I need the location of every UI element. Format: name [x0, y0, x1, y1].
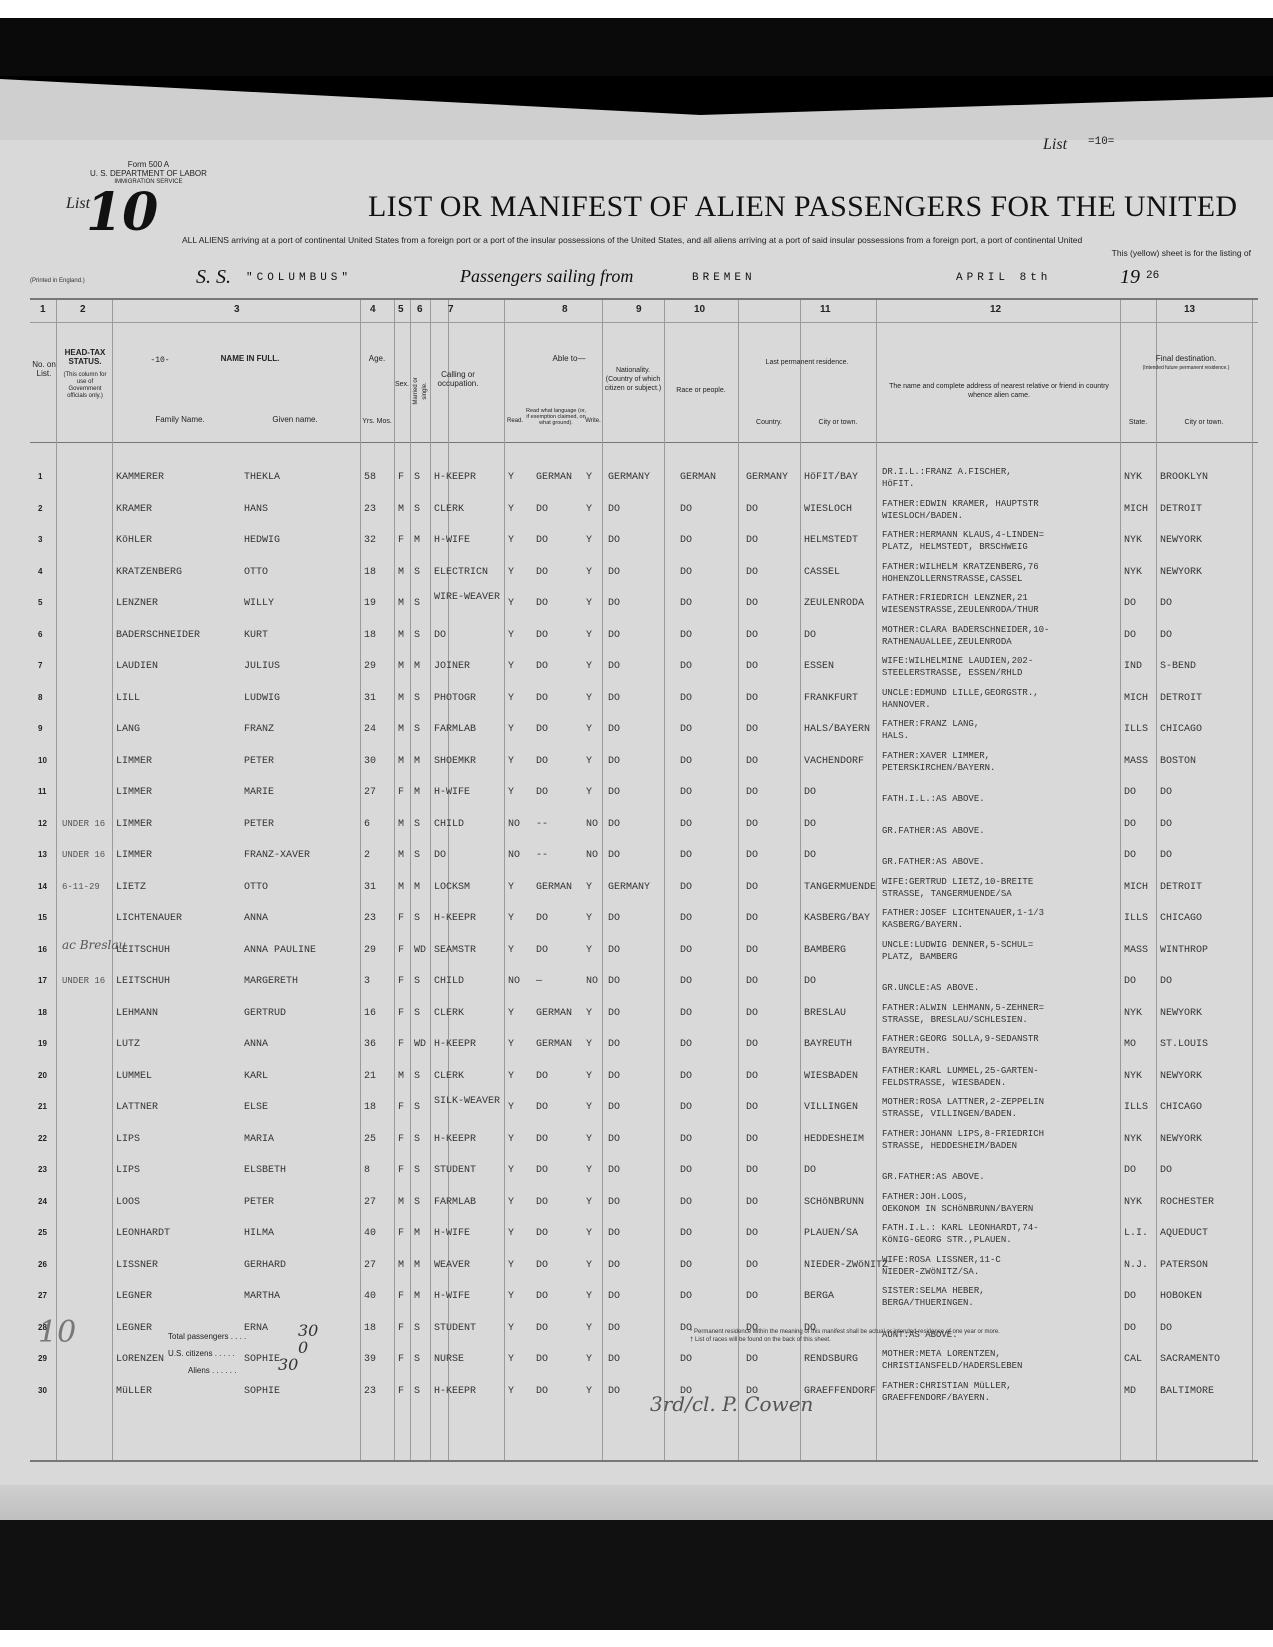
given-name: HILMA: [244, 1228, 274, 1239]
destination-state: DO: [1124, 976, 1136, 987]
can-read: Y: [508, 1386, 514, 1397]
relative-address: DR.I.L.:FRANZ A.FISCHER,HöFIT.: [882, 466, 1012, 490]
sex: F: [398, 1323, 404, 1334]
family-name: KöHLER: [116, 535, 152, 546]
family-name: LUTZ: [116, 1039, 140, 1050]
can-read: Y: [508, 1039, 514, 1050]
marital-status: WD: [414, 1039, 426, 1050]
relative-line-2: GRAEFFENDORF/BAYERN.: [882, 1392, 1012, 1404]
residence-country: DO: [746, 1039, 758, 1050]
race: DO: [680, 661, 692, 672]
table-row: 17UNDER 16LEITSCHUHMARGERETH3FSCHILDNO—N…: [30, 976, 1258, 1001]
family-name: LISSNER: [116, 1260, 158, 1271]
read-language: DO: [536, 693, 548, 704]
list-number-handwritten: 10: [86, 182, 158, 243]
header-no-on-list: No. on List.: [32, 360, 56, 378]
destination-city: CHICAGO: [1160, 724, 1202, 735]
age: 29: [364, 945, 376, 956]
sex: M: [398, 661, 404, 672]
relative-line-2: NIEDER-ZWöNITZ/SA.: [882, 1266, 1001, 1278]
relative-line-1: FATHER:HERMANN KLAUS,4-LINDEN=: [882, 529, 1044, 541]
family-name: LIETZ: [116, 882, 146, 893]
table-row: 1KAMMERERTHEKLA58FSH-KEEPRYGERMANYGERMAN…: [30, 472, 1258, 497]
read-language: DO: [536, 598, 548, 609]
footnote-2: † List of races will be found on the bac…: [690, 1336, 1000, 1344]
sex: M: [398, 1197, 404, 1208]
occupation: H-WIFE: [434, 787, 470, 798]
destination-state: MASS: [1124, 945, 1148, 956]
nationality: DO: [608, 850, 620, 861]
residence-country: DO: [746, 693, 758, 704]
race: DO: [680, 819, 692, 830]
can-write: Y: [586, 1102, 592, 1113]
year-prefix: 19: [1120, 266, 1140, 289]
sex: F: [398, 1008, 404, 1019]
sex: F: [398, 472, 404, 483]
read-language: DO: [536, 567, 548, 578]
header-sex: Sex.: [394, 380, 410, 389]
residence-city: SCHöNBRUNN: [804, 1197, 864, 1208]
age: 27: [364, 1260, 376, 1271]
residence-country: DO: [746, 787, 758, 798]
subtitle: ALL ALIENS arriving at a port of contine…: [182, 235, 1082, 245]
destination-state: MICH: [1124, 504, 1148, 515]
residence-city: CASSEL: [804, 567, 840, 578]
given-name: JULIUS: [244, 661, 280, 672]
destination-city: BROOKLYN: [1160, 472, 1208, 483]
age: 6: [364, 819, 370, 830]
relative-address: FATHER:JOSEF LICHTENAUER,1-1/3KASBERG/BA…: [882, 907, 1044, 931]
destination-state: NYK: [1124, 1071, 1142, 1082]
table-row: 16LEITSCHUHANNA PAULINE29FWDSEAMSTRYDOYD…: [30, 945, 1258, 970]
family-name: LORENZEN: [116, 1354, 164, 1365]
ship-name: "COLUMBUS": [246, 272, 352, 284]
relative-line-2: HANNOVER.: [882, 699, 1039, 711]
residence-country: DO: [746, 976, 758, 987]
relative-line-2: WIESLOCH/BADEN.: [882, 510, 1039, 522]
residence-country: DO: [746, 1260, 758, 1271]
marital-status: S: [414, 913, 420, 924]
relative-line-2: RATHENAUALLEE,ZEULENRODA: [882, 636, 1049, 648]
destination-city: DETROIT: [1160, 693, 1202, 704]
can-write: Y: [586, 945, 592, 956]
row-number: 15: [38, 913, 47, 922]
read-language: DO: [536, 504, 548, 515]
row-number: 17: [38, 976, 47, 985]
destination-city: CHICAGO: [1160, 1102, 1202, 1113]
table-row: 10LIMMERPETER30MMSHOEMKRYDOYDODODOVACHEN…: [30, 756, 1258, 781]
can-write: Y: [586, 1071, 592, 1082]
relative-line-1: FATHER:JOH.LOOS,: [882, 1191, 1033, 1203]
family-name: LICHTENAUER: [116, 913, 182, 924]
footnote-1: * Permanent residence within the meaning…: [690, 1328, 1000, 1336]
residence-city: RENDSBURG: [804, 1354, 858, 1365]
nationality: DO: [608, 1134, 620, 1145]
col-number: 8: [562, 304, 568, 315]
sex: M: [398, 819, 404, 830]
can-read: Y: [508, 1291, 514, 1302]
sex: M: [398, 1071, 404, 1082]
residence-country: DO: [746, 850, 758, 861]
relative-line-1: FATHER:XAVER LIMMER,: [882, 750, 995, 762]
relative-line-2: GR.FATHER:AS ABOVE.: [882, 825, 985, 837]
marital-status: WD: [414, 945, 426, 956]
race: DO: [680, 504, 692, 515]
given-name: MARGERETH: [244, 976, 298, 987]
relative-line-2: OEKONOM IN SCHöNBRUNN/BAYERN: [882, 1203, 1033, 1215]
relative-address: MOTHER:CLARA BADERSCHNEIDER,10-RATHENAUA…: [882, 624, 1049, 648]
given-name: MARTHA: [244, 1291, 280, 1302]
given-name: LUDWIG: [244, 693, 280, 704]
marital-status: M: [414, 1260, 420, 1271]
relative-line-1: WIFE:ROSA LISSNER,11-C: [882, 1254, 1001, 1266]
occupation: H-WIFE: [434, 1291, 470, 1302]
destination-state: CAL: [1124, 1354, 1142, 1365]
destination-city: ST.LOUIS: [1160, 1039, 1208, 1050]
destination-city: S-BEND: [1160, 661, 1196, 672]
marital-status: S: [414, 1165, 420, 1176]
nationality: DO: [608, 693, 620, 704]
residence-country: DO: [746, 630, 758, 641]
can-write: Y: [586, 913, 592, 924]
can-write: NO: [586, 850, 598, 861]
destination-city: DETROIT: [1160, 882, 1202, 893]
age: 24: [364, 724, 376, 735]
residence-city: BAYREUTH: [804, 1039, 852, 1050]
header-able-to: Able to—: [504, 354, 634, 363]
destination-state: NYK: [1124, 567, 1142, 578]
relative-address: WIFE:GERTRUD LIETZ,10-BREITESTRASSE, TAN…: [882, 876, 1033, 900]
table-row: 23LIPSELSBETH8FSSTUDENTYDOYDODODODODODOG…: [30, 1165, 1258, 1190]
row-number: 24: [38, 1197, 47, 1206]
residence-city: TANGERMUENDE: [804, 882, 876, 893]
row-number: 9: [38, 724, 42, 733]
nationality: DO: [608, 1165, 620, 1176]
can-read: Y: [508, 661, 514, 672]
relative-line-2: PLATZ, BAMBERG: [882, 951, 1033, 963]
age: 18: [364, 567, 376, 578]
nationality: DO: [608, 819, 620, 830]
occupation: CLERK: [434, 1071, 464, 1082]
age: 18: [364, 630, 376, 641]
destination-city: NEWYORK: [1160, 567, 1202, 578]
nationality: DO: [608, 945, 620, 956]
occupation: CLERK: [434, 1008, 464, 1019]
relative-address: FATH.I.L.:AS ABOVE.: [882, 781, 985, 805]
relative-address: UNCLE:EDMUND LILLE,GEORGSTR.,HANNOVER.: [882, 687, 1039, 711]
nationality: DO: [608, 1260, 620, 1271]
nationality: DO: [608, 756, 620, 767]
occupation: FARMLAB: [434, 724, 476, 735]
relative-address: FATHER:XAVER LIMMER,PETERSKIRCHEN/BAYERN…: [882, 750, 995, 774]
destination-city: BOSTON: [1160, 756, 1196, 767]
col-number: 2: [80, 304, 86, 315]
can-read: Y: [508, 598, 514, 609]
sex: F: [398, 1039, 404, 1050]
relative-line-2: HOHENZOLLERNSTRASSE,CASSEL: [882, 573, 1039, 585]
subtitle-2: This (yellow) sheet is for the listing o…: [1112, 248, 1251, 258]
page-title: LIST OR MANIFEST OF ALIEN PASSENGERS FOR…: [368, 190, 1237, 224]
age: 39: [364, 1354, 376, 1365]
relative-address: WIFE:ROSA LISSNER,11-CNIEDER-ZWöNITZ/SA.: [882, 1254, 1001, 1278]
residence-city: VILLINGEN: [804, 1102, 858, 1113]
relative-line-1: UNCLE:EDMUND LILLE,GEORGSTR.,: [882, 687, 1039, 699]
row-number: 2: [38, 504, 42, 513]
race: DO: [680, 1102, 692, 1113]
nationality: GERMANY: [608, 472, 650, 483]
relative-line-1: [882, 1159, 985, 1171]
occupation: CHILD: [434, 976, 464, 987]
relative-line-2: FATH.I.L.:AS ABOVE.: [882, 793, 985, 805]
can-write: Y: [586, 472, 592, 483]
relative-line-1: [882, 970, 979, 982]
row-number: 19: [38, 1039, 47, 1048]
read-language: DO: [536, 1102, 548, 1113]
sex: F: [398, 1291, 404, 1302]
year: 26: [1146, 270, 1159, 282]
relative-address: GR.FATHER:AS ABOVE.: [882, 813, 985, 837]
col-number: 12: [990, 304, 1001, 315]
sex: F: [398, 1354, 404, 1365]
relative-line-1: SISTER:SELMA HEBER,: [882, 1285, 985, 1297]
age: 31: [364, 882, 376, 893]
marital-status: S: [414, 598, 420, 609]
can-read: Y: [508, 1165, 514, 1176]
residence-country: DO: [746, 913, 758, 924]
marital-status: S: [414, 850, 420, 861]
destination-city: DO: [1160, 787, 1172, 798]
occupation: H-KEEPR: [434, 1039, 476, 1050]
header-family-name: Family Name.: [130, 415, 230, 424]
marital-status: S: [414, 693, 420, 704]
can-read: Y: [508, 504, 514, 515]
given-name: PETER: [244, 756, 274, 767]
relative-address: GR.FATHER:AS ABOVE.: [882, 1159, 985, 1183]
nationality: GERMANY: [608, 882, 650, 893]
marital-status: S: [414, 630, 420, 641]
can-write: Y: [586, 1386, 592, 1397]
sex: F: [398, 913, 404, 924]
destination-city: DO: [1160, 1165, 1172, 1176]
departure-date: APRIL 8th: [956, 272, 1051, 284]
sex: F: [398, 945, 404, 956]
row-number: 27: [38, 1291, 47, 1300]
nationality: DO: [608, 1102, 620, 1113]
form-number-text: Form 500 A: [90, 160, 207, 169]
race: DO: [680, 1354, 692, 1365]
col-number: 1: [40, 304, 46, 315]
head-tax-status: 6-11-29: [62, 882, 100, 892]
marital-status: M: [414, 1291, 420, 1302]
destination-state: IND: [1124, 661, 1142, 672]
read-language: DO: [536, 1354, 548, 1365]
destination-state: ILLS: [1124, 913, 1148, 924]
given-name: SOPHIE: [244, 1386, 280, 1397]
given-name: WILLY: [244, 598, 274, 609]
head-tax-status: UNDER 16: [62, 850, 105, 860]
residence-country: DO: [746, 567, 758, 578]
occupation: FARMLAB: [434, 1197, 476, 1208]
can-write: Y: [586, 567, 592, 578]
residence-country: DO: [746, 598, 758, 609]
destination-state: NYK: [1124, 535, 1142, 546]
residence-city: WIESLOCH: [804, 504, 852, 515]
given-name: OTTO: [244, 567, 268, 578]
occupation: JOINER: [434, 661, 470, 672]
relative-address: MOTHER:ROSA LATTNER,2-ZEPPELINSTRASSE, V…: [882, 1096, 1044, 1120]
age: 40: [364, 1291, 376, 1302]
family-name: LAUDIEN: [116, 661, 158, 672]
relative-address: FATHER:ALWIN LEHMANN,5-ZEHNER=STRASSE, B…: [882, 1002, 1044, 1026]
header-country: Country.: [738, 418, 800, 427]
scan-border-bottom: [0, 1630, 1273, 1647]
read-language: DO: [536, 756, 548, 767]
read-language: DO: [536, 1071, 548, 1082]
row-number: 10: [38, 756, 47, 765]
col-number: 13: [1184, 304, 1195, 315]
can-read: Y: [508, 630, 514, 641]
age: 3: [364, 976, 370, 987]
marital-status: S: [414, 1102, 420, 1113]
given-name: ANNA: [244, 1039, 268, 1050]
head-tax-status: UNDER 16: [62, 976, 105, 986]
can-write: Y: [586, 693, 592, 704]
residence-city: KASBERG/BAY: [804, 913, 870, 924]
occupation: WIRE-WEAVER: [434, 592, 500, 603]
nationality: DO: [608, 630, 620, 641]
read-language: DO: [536, 913, 548, 924]
race: DO: [680, 945, 692, 956]
row-number: 21: [38, 1102, 47, 1111]
age: 2: [364, 850, 370, 861]
residence-city: GRAEFFENDORF: [804, 1386, 876, 1397]
can-read: Y: [508, 472, 514, 483]
residence-city: DO: [804, 819, 816, 830]
header-head-tax: HEAD-TAX STATUS.: [60, 348, 110, 366]
read-language: GERMAN: [536, 1039, 572, 1050]
destination-city: CHICAGO: [1160, 913, 1202, 924]
read-language: —: [536, 976, 542, 987]
can-read: Y: [508, 787, 514, 798]
head-tax-status: UNDER 16: [62, 819, 105, 829]
destination-state: ILLS: [1124, 724, 1148, 735]
destination-state: DO: [1124, 1323, 1136, 1334]
destination-city: NEWYORK: [1160, 1134, 1202, 1145]
destination-state: ILLS: [1124, 1102, 1148, 1113]
residence-country: DO: [746, 661, 758, 672]
read-language: GERMAN: [536, 472, 572, 483]
given-name: FRANZ: [244, 724, 274, 735]
family-name: MüLLER: [116, 1386, 152, 1397]
read-language: --: [536, 819, 548, 830]
marital-status: S: [414, 1386, 420, 1397]
table-row: 9LANGFRANZ24MSFARMLABYDOYDODODOHALS/BAYE…: [30, 724, 1258, 749]
handwritten-signature: 3rd/cl. P. Cowen: [650, 1392, 813, 1416]
can-write: Y: [586, 1165, 592, 1176]
given-name: PETER: [244, 1197, 274, 1208]
age: 8: [364, 1165, 370, 1176]
race: DO: [680, 1260, 692, 1271]
race: DO: [680, 598, 692, 609]
relative-line-2: STRASSE, VILLINGEN/BADEN.: [882, 1108, 1044, 1120]
table-row: 6BADERSCHNEIDERKURT18MSDOYDOYDODODODODOD…: [30, 630, 1258, 655]
read-language: DO: [536, 630, 548, 641]
sex: F: [398, 1165, 404, 1176]
nationality: DO: [608, 787, 620, 798]
read-language: DO: [536, 1228, 548, 1239]
header-last-residence: Last permanent residence.: [738, 358, 876, 367]
nationality: DO: [608, 535, 620, 546]
given-name: OTTO: [244, 882, 268, 893]
destination-city: HOBOKEN: [1160, 1291, 1202, 1302]
occupation: NURSE: [434, 1354, 464, 1365]
nationality: DO: [608, 724, 620, 735]
sex: M: [398, 598, 404, 609]
sex: F: [398, 1386, 404, 1397]
age: 27: [364, 787, 376, 798]
relative-line-1: FATHER:ALWIN LEHMANN,5-ZEHNER=: [882, 1002, 1044, 1014]
printed-note: (Printed in England.): [30, 278, 85, 284]
relative-address: FATHER:CHRISTIAN MüLLER,GRAEFFENDORF/BAY…: [882, 1380, 1012, 1404]
residence-country: DO: [746, 1134, 758, 1145]
relative-line-2: STRASSE, HEDDESHEIM/BADEN: [882, 1140, 1044, 1152]
relative-address: GR.UNCLE:AS ABOVE.: [882, 970, 979, 994]
given-name: FRANZ-XAVER: [244, 850, 310, 861]
age: 31: [364, 693, 376, 704]
col-number: 11: [820, 304, 831, 315]
read-language: --: [536, 850, 548, 861]
destination-city: DO: [1160, 1323, 1172, 1334]
marital-status: S: [414, 1323, 420, 1334]
race: DO: [680, 1197, 692, 1208]
table-row: 12UNDER 16LIMMERPETER6MSCHILDNO--NODODOD…: [30, 819, 1258, 844]
residence-city: DO: [804, 850, 816, 861]
nationality: DO: [608, 976, 620, 987]
name-list-mark: -10-: [130, 356, 190, 365]
table-row: 22LIPSMARIA25FSH-KEEPRYDOYDODODOHEDDESHE…: [30, 1134, 1258, 1159]
manifest-table: 1 2 3 4 5 6 7 8 9 10 11 12 13 No. on Lis…: [30, 298, 1258, 1462]
relative-line-2: WIESENSTRASSE,ZEULENRODA/THUR: [882, 604, 1039, 616]
read-language: DO: [536, 1197, 548, 1208]
family-name: LIMMER: [116, 819, 152, 830]
age: 30: [364, 756, 376, 767]
destination-state: MO: [1124, 1039, 1136, 1050]
row-number: 26: [38, 1260, 47, 1269]
age: 27: [364, 1197, 376, 1208]
can-write: Y: [586, 630, 592, 641]
occupation: DO: [434, 850, 446, 861]
relative-line-1: FATHER:KARL LUMMEL,25-GARTEN-: [882, 1065, 1039, 1077]
relative-line-1: FATHER:JOSEF LICHTENAUER,1-1/3: [882, 907, 1044, 919]
sex: M: [398, 882, 404, 893]
row-number: 14: [38, 882, 47, 891]
relative-address: FATH.I.L.: KARL LEONHARDT,74-KöNIG-GEORG…: [882, 1222, 1039, 1246]
destination-city: DO: [1160, 598, 1172, 609]
occupation: H-KEEPR: [434, 472, 476, 483]
table-row: 24LOOSPETER27MSFARMLABYDOYDODODOSCHöNBRU…: [30, 1197, 1258, 1222]
table-row: 7LAUDIENJULIUS29MMJOINERYDOYDODODOESSENI…: [30, 661, 1258, 686]
can-read: Y: [508, 1102, 514, 1113]
sex: F: [398, 1228, 404, 1239]
row-number: 23: [38, 1165, 47, 1174]
given-name: HANS: [244, 504, 268, 515]
residence-city: DO: [804, 630, 816, 641]
relative-address: FATHER:HERMANN KLAUS,4-LINDEN=PLATZ, HEL…: [882, 529, 1044, 553]
destination-city: NEWYORK: [1160, 1071, 1202, 1082]
destination-state: NYK: [1124, 1134, 1142, 1145]
destination-state: NYK: [1124, 1197, 1142, 1208]
header-married: Married or single.: [412, 376, 430, 406]
